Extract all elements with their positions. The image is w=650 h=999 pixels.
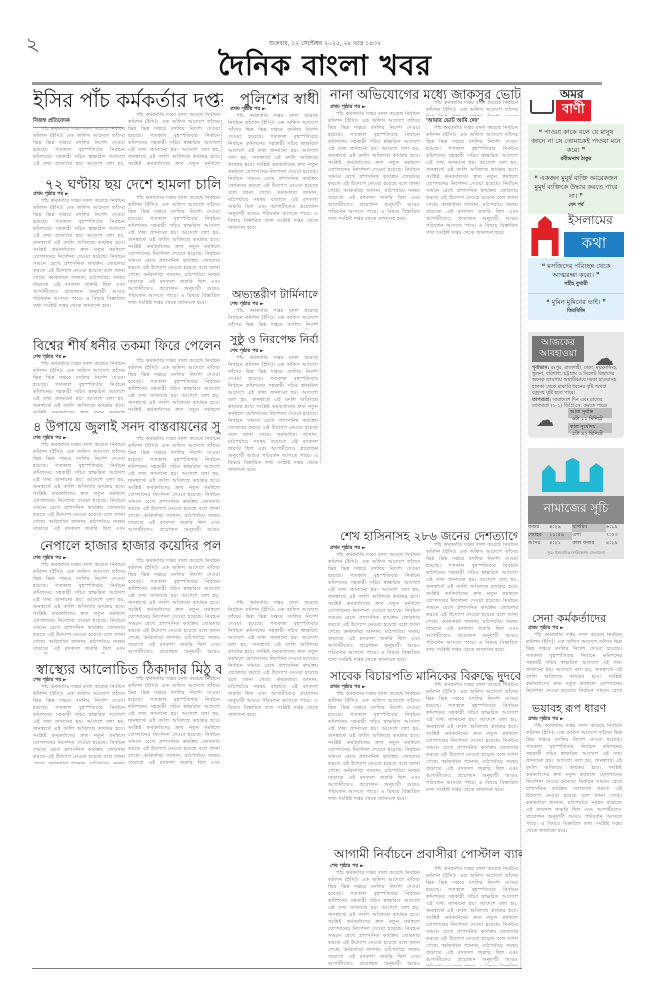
article-body: পাঁচ কর্মকর্তার দপ্তর বদল করেছে নির্বাচন…: [426, 682, 518, 839]
article-body: পাঁচ কর্মকর্তার দপ্তর বদল করেছে নির্বাচন…: [328, 870, 420, 966]
article-body: পাঁচ কর্মকর্তার দপ্তর বদল করেছে নির্বাচন…: [526, 723, 622, 966]
article-body: পাঁচ কর্মকর্তার দপ্তর বদল করেছে নির্বাচন…: [426, 542, 518, 662]
article-body: পাঁচ কর্মকর্তার দপ্তর বদল করেছে নির্বাচন…: [128, 112, 220, 168]
article-body: পাঁচ কর্মকর্তার দপ্তর বদল করেছে নির্বাচন…: [228, 113, 318, 275]
mosque-icon: [528, 448, 624, 496]
cloud-rain-icon: ☁: [594, 346, 614, 370]
article-body: পাঁচ কর্মকর্তার দপ্তর বদল করেছে নির্বাচন…: [33, 684, 125, 764]
weather-box: আজকের আবহাওয়া ☁ পূর্বাভাস: রংপুর, রাজশা…: [528, 332, 624, 438]
article-body: পাঁচ কর্মকর্তার দপ্তর বদল করেছে নির্বাচন…: [128, 676, 220, 764]
quote: ❝ মুমিন মুমিনের ভাই। ❞তিরমিজি: [528, 293, 624, 320]
quote: ❝ পাওয়া কাকে বলে যে মানুষ জানে না সে তো…: [528, 124, 624, 168]
article-body: পাঁচ কর্মকর্তার দপ্তর বদল করেছে নির্বাচন…: [426, 125, 518, 411]
quote: ❝ একজন মুমূর্ষ ব্যক্তি আরেকজন মুমূর্ষ ব্…: [528, 170, 624, 214]
article-body: পাঁচ কর্মকর্তার দপ্তর বদল করেছে নির্বাচন…: [228, 355, 318, 595]
amar-bani-box: অমর বাণী ❝ পাওয়া কাকে বলে যে মানুষ জানে…: [528, 86, 624, 214]
headline-nepal[interactable]: নেপালে হাজার হাজার কয়েদির পলায়ন: [40, 537, 220, 558]
article-body: পাঁচ কর্মকর্তার দপ্তর বদল করেছে নির্বাচন…: [526, 632, 622, 694]
column-divider: [320, 88, 321, 463]
cloud-sun-icon: ☁: [536, 410, 554, 431]
weather-title: আজকের আবহাওয়া: [532, 336, 584, 362]
islamer-kotha-box: ইসলামের কথা ❝ মসজিদের পরিচ্ছন্ন থেকে আত্…: [528, 210, 624, 320]
article-body: পাঁচ কর্মকর্তার দপ্তর বদল করেছে নির্বাচন…: [128, 195, 220, 333]
article-body: পাঁচ কর্মকর্তার দপ্তর বদল করেছে নির্বাচন…: [128, 436, 220, 532]
prayer-title: নামাজের সূচি: [528, 496, 624, 524]
islamer-kotha-logo: ইসলামের কথা: [528, 210, 624, 256]
quote: ❝ মসজিদের পরিচ্ছন্ন থেকে আত্মরক্ষা করো। …: [528, 258, 624, 293]
article-body: পাঁচ কর্মকর্তার দপ্তর বদল করেছে নির্বাচন…: [328, 691, 420, 839]
prayer-times-box: নামাজের সূচি ফজর৪:২৯মাগরিব৬:১৯ জোহর১১:৫৯…: [528, 448, 624, 559]
article-body: পাঁচ কর্মকর্তার দপ্তর বদল করেছে নির্বাচন…: [33, 126, 125, 168]
top-rule: [32, 82, 602, 85]
article-body: পাঁচ কর্মকর্তার দপ্তর বদল করেছে নির্বাচন…: [33, 198, 125, 333]
article-body: পাঁচ কর্মকর্তার দপ্তর বদল করেছে নির্বাচন…: [128, 558, 220, 654]
mosque-icon: [528, 216, 562, 256]
article-body: পাঁচ কর্মকর্তার দপ্তর বদল করেছে নির্বাচন…: [33, 442, 125, 532]
article-body: পাঁচ কর্মকর্তার দপ্তর বদল করেছে নির্বাচন…: [33, 361, 125, 413]
article-body: পাঁচ কর্মকর্তার দপ্তর বদল করেছে নির্বাচন…: [33, 562, 125, 654]
article-body: পাঁচ কর্মকর্তার দপ্তর বদল করেছে নির্বাচন…: [426, 866, 518, 966]
article-body: পাঁচ কর্মকর্তার দপ্তর বদল করেছে নির্বাচন…: [328, 552, 420, 662]
article-body: পাঁচ কর্মকর্তার দপ্তর বদল করেছে নির্বাচন…: [128, 358, 220, 413]
column-divider: [221, 120, 222, 160]
book-icon: [530, 100, 554, 114]
article-body: পাঁচ কর্মকর্তার দপ্তর বদল করেছে নির্বাচন…: [228, 308, 318, 330]
article-body: পাঁচ কর্মকর্তার দপ্তর বদল করেছে নির্বাচন…: [228, 600, 318, 764]
column-divider: [520, 88, 521, 968]
prayer-source: সূত্র: ইসলামিক ফাউন্ডেশন বাংলাদেশ: [528, 548, 624, 559]
amar-bani-logo: অমর বাণী: [528, 86, 624, 120]
headline-attacks[interactable]: ৭২ ঘণ্টায় ছয় দেশে হামলা চালিয়েছে: [45, 173, 220, 197]
bottom-rule: [32, 968, 522, 969]
prayer-table: ফজর৪:২৯মাগরিব৬:১৯ জোহর১১:৫৯এশা৭:৩৩ আসর৪:…: [528, 524, 624, 548]
article-body: পাঁচ কর্মকর্তার দপ্তর বদল করেছে নির্বাচন…: [426, 100, 518, 116]
article-body: পাঁচ কর্মকর্তার দপ্তর বদল করেছে নির্বাচন…: [328, 111, 420, 411]
sunrise-time: ৫টা ৪২ মিনিটে: [572, 431, 602, 439]
